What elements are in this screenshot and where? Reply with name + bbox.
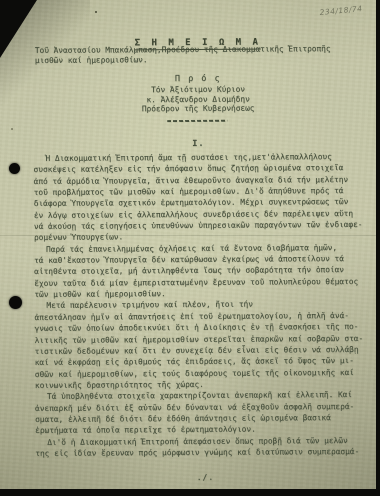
punch-hole bbox=[9, 296, 22, 309]
paper: 234/18/74 Σ Η Μ Ε Ι Ω Μ Α Τοῦ Ἀναστασίου… bbox=[0, 0, 376, 489]
salutation: Π ρ ό ς bbox=[33, 73, 363, 85]
title-wrap: Σ Η Μ Ε Ι Ω Μ Α bbox=[33, 29, 363, 50]
body-line: τοῦ προβλήματος τῶν μισθῶν καί ἡμερομισθ… bbox=[34, 185, 366, 198]
sender-line: μισθῶν καί ἡμερομισθίων. bbox=[35, 54, 331, 66]
document-title: Σ Η Μ Ε Ι Ω Μ Α bbox=[135, 38, 261, 51]
body-line: ἀπεστάλησαν ἡμῖν αἱ ἀπαντήσεις ἐπί τοῦ ἐ… bbox=[34, 310, 366, 323]
document-body: Ἡ Διακομματική Ἐπιτροπή ἅμα τῇ συστάσει … bbox=[33, 151, 367, 459]
continuation-mark: ./. bbox=[35, 472, 375, 483]
body-line: τά καθ'ἕκαστον Ὑπουργεῖα δέν κατώρθωσαν … bbox=[34, 253, 366, 266]
folded-corner-shadow bbox=[0, 0, 90, 110]
body-line: σματα, ἐλλειπῆ δέ διότι δέν ἐδόθη ἀπάντη… bbox=[35, 412, 367, 425]
body-line: λιτικῆς τῶν μισθῶν καί ἡμερομισθίων στερ… bbox=[35, 332, 367, 345]
body-line: τῶν μισθῶν καί ἡμερομισθίων. bbox=[34, 287, 366, 300]
body-line: σθῶν καί ἡμερομισθίων, εἰς τούς διαφόρου… bbox=[35, 366, 367, 379]
body-line: αἰτηθέντα στοιχεῖα, μή ἀντιληφθέντα ἴσως… bbox=[34, 264, 366, 277]
body-line: καί νά ἐκφράσῃ εἰς ἀριθμούς τάς ἐπιδράσε… bbox=[35, 355, 367, 368]
body-line: διάφορα Ὑπουργεῖα σχετικόν ἐρωτηματολόγι… bbox=[34, 196, 366, 209]
section-heading: Ι. bbox=[33, 138, 363, 150]
body-line: τιστικῶν δεδομένων καί ὅτι ἐν συνεχείᾳ δ… bbox=[35, 344, 367, 357]
sender-block: Τοῦ Ἀναστασίου Μπακάλμπαση,Προέδρου τῆς … bbox=[35, 44, 331, 66]
recipient-line: Πρόεδρον τῆς Κυβερνήσεως bbox=[33, 103, 363, 115]
body-line: της εἰς ἰδίαν ἔρευναν πρός μόρφωσιν γνώμ… bbox=[35, 446, 367, 459]
body-line: ἐν λόγῳ στοιχείων εἰς ἀλλεπαλλήλους συνε… bbox=[34, 208, 366, 221]
recipient-line: Τόν Ἀξιότιμον Κύριον bbox=[33, 84, 363, 96]
speck bbox=[11, 128, 13, 130]
body-line: γνωσις τῶν ὁποίων ἀποδεικνύει ὅτι ἡ Διοί… bbox=[34, 321, 366, 334]
body-line: ἀπό τά ἁρμόδια Ὑπουργεῖα, ἅτινα ἐθεωροῦν… bbox=[34, 174, 366, 187]
body-line: ἐρωτήματα τά ὁποῖα περιεῖχε τό ἐρωτηματο… bbox=[35, 423, 367, 436]
sender-line: Τοῦ Ἀναστασίου Μπακάλμπαση,Προέδρου τῆς … bbox=[35, 44, 331, 56]
scanned-page: 234/18/74 Σ Η Μ Ε Ι Ω Μ Α Τοῦ Ἀναστασίου… bbox=[0, 0, 380, 496]
recipient-block: Τόν Ἀξιότιμον Κύριον κ. Ἀλέξανδρον Διομή… bbox=[33, 84, 363, 115]
body-line: Δι'ὅ ἡ Διακομματική Ἐπιτροπή ἀπεφάσισεν … bbox=[35, 435, 367, 448]
body-line: νά ἀκούσῃ τάς εἰσηγήσεις ὑπευθύνων ὑπηρε… bbox=[34, 219, 366, 232]
speck bbox=[95, 11, 97, 13]
address-divider bbox=[167, 120, 227, 122]
body-line: Ἡ Διακομματική Ἐπιτροπή ἅμα τῇ συστάσει … bbox=[33, 151, 365, 164]
body-line: ἀνεπαρκῆ μέν διότι ἐξ αὐτῶν δέν δύνανται… bbox=[35, 400, 367, 413]
body-line: συσκέψεις κατέληξεν εἰς τήν ἀπόφασιν ὅπω… bbox=[34, 162, 366, 175]
body-line: Τά ὑποβληθέντα στοιχεῖα χαρακτηρίζονται … bbox=[35, 389, 367, 402]
archive-number: 234/18/74 bbox=[319, 4, 363, 17]
body-line: Μετά παρέλευσιν τριμήνου καί πλέον, ἤτοι… bbox=[34, 298, 366, 311]
body-line: κοινωνικῆς δραστηριότητος τῆς χώρας. bbox=[35, 378, 367, 391]
document-content: 234/18/74 Σ Η Μ Ε Ι Ω Μ Α Τοῦ Ἀναστασίου… bbox=[0, 0, 377, 490]
body-line: ἔχουν ταῦτα διά μίαν ἐμπεριστατωμένην ἔρ… bbox=[34, 276, 366, 289]
crease-line bbox=[0, 235, 376, 236]
punch-hole bbox=[9, 163, 20, 174]
body-line: Παρά τάς ἐπανειλημμένας ὀχλήσεις καί τά … bbox=[34, 242, 366, 255]
speck bbox=[29, 7, 31, 9]
body-line: ρομένων Ὑπουργείων. bbox=[34, 230, 366, 243]
recipient-line: κ. Ἀλέξανδρον Διομήδην bbox=[33, 94, 363, 106]
